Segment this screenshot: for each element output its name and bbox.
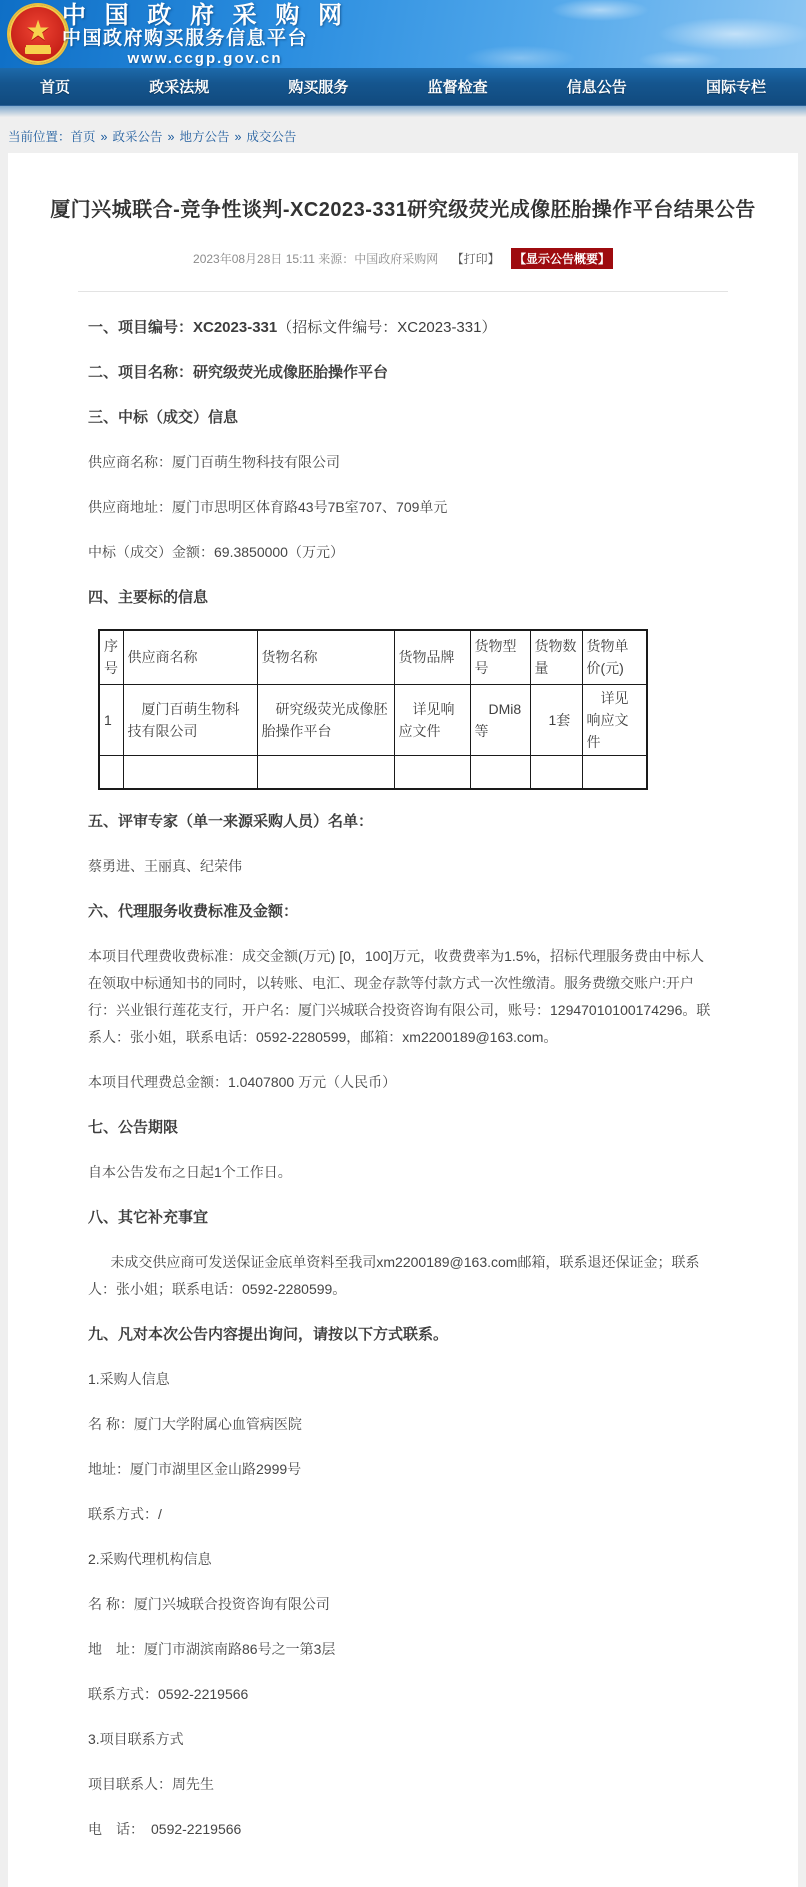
project-contact-heading: 3.项目联系方式 <box>88 1726 718 1753</box>
nav-item-purchase-services[interactable]: 购买服务 <box>288 76 348 97</box>
article-content: 一、项目编号：XC2023-331（招标文件编号：XC2023-331） 二、项… <box>8 292 798 1843</box>
section-award-info-heading: 三、中标（成交）信息 <box>88 404 718 431</box>
section-agency-fee-heading: 六、代理服务收费标准及金额： <box>88 898 718 925</box>
supplement-text: 未成交供应商可发送保证金底单资料至我司xm2200189@163.com邮箱，联… <box>88 1249 718 1303</box>
cell-quantity: 1套 <box>530 684 582 755</box>
breadcrumb-separator: » <box>101 130 108 144</box>
agency-contact: 联系方式：0592-2219566 <box>88 1681 718 1708</box>
table-row: 1 厦门百萌生物科技有限公司 研究级荧光成像胚胎操作平台 详见响应文件 DMi8… <box>99 684 647 755</box>
agency-name: 名 称：厦门兴城联合投资咨询有限公司 <box>88 1591 718 1618</box>
cell <box>123 755 257 789</box>
emblem-star-icon: ★ <box>25 17 50 45</box>
supplier-name: 供应商名称：厦门百萌生物科技有限公司 <box>88 449 718 476</box>
breadcrumb-separator: » <box>234 130 241 144</box>
cell-model: DMi8等 <box>470 684 530 755</box>
breadcrumb-link-gov-announcements[interactable]: 政采公告 <box>112 130 162 144</box>
breadcrumb-label: 当前位置： <box>8 130 71 144</box>
section-main-items-heading: 四、主要标的信息 <box>88 584 718 611</box>
breadcrumb-link-home[interactable]: 首页 <box>71 130 96 144</box>
col-supplier: 供应商名称 <box>123 630 257 684</box>
tender-doc-number: （招标文件编号：XC2023-331） <box>277 319 496 336</box>
article-card: 厦门兴城联合-竞争性谈判-XC2023-331研究级荧光成像胚胎操作平台结果公告… <box>8 153 798 1887</box>
table-header-row: 序号 供应商名称 货物名称 货物品牌 货物型号 货物数量 货物单价(元) <box>99 630 647 684</box>
agency-info-heading: 2.采购代理机构信息 <box>88 1546 718 1573</box>
col-brand: 货物品牌 <box>394 630 470 684</box>
breadcrumb-link-local-announcements[interactable]: 地方公告 <box>179 130 229 144</box>
site-banner: ★ 中 国 政 府 采 购 网 中国政府购买服务信息平台 www.ccgp.go… <box>0 0 806 68</box>
col-model: 货物型号 <box>470 630 530 684</box>
section-experts-heading: 五、评审专家（单一来源采购人员）名单： <box>88 808 718 835</box>
nav-item-home[interactable]: 首页 <box>40 76 70 97</box>
cell-goods-name: 研究级荧光成像胚胎操作平台 <box>257 684 394 755</box>
cell <box>99 755 123 789</box>
col-seq: 序号 <box>99 630 123 684</box>
buyer-name: 名 称：厦门大学附属心血管病医院 <box>88 1411 718 1438</box>
cell <box>582 755 647 789</box>
cell <box>257 755 394 789</box>
col-unit-price: 货物单价(元) <box>582 630 647 684</box>
breadcrumb-separator: » <box>168 130 175 144</box>
experts-names: 蔡勇进、王丽真、纪荣伟 <box>88 853 718 880</box>
section-notice-period-heading: 七、公告期限 <box>88 1114 718 1141</box>
cell-supplier: 厦门百萌生物科技有限公司 <box>123 684 257 755</box>
section-supplement-heading: 八、其它补充事宜 <box>88 1204 718 1231</box>
cell <box>470 755 530 789</box>
section-contact-heading: 九、凡对本次公告内容提出询问，请按以下方式联系。 <box>88 1321 718 1348</box>
site-subtitle: 中国政府购买服务信息平台 <box>62 28 348 50</box>
nav-item-announcements[interactable]: 信息公告 <box>567 76 627 97</box>
project-number-bold: 一、项目编号：XC2023-331 <box>88 319 277 336</box>
goods-table: 序号 供应商名称 货物名称 货物品牌 货物型号 货物数量 货物单价(元) 1 厦… <box>98 629 648 790</box>
show-summary-badge[interactable]: 【显示公告概要】 <box>511 248 613 269</box>
supplier-address: 供应商地址：厦门市思明区体育路43号7B室707、709单元 <box>88 494 718 521</box>
breadcrumb: 当前位置：首页»政采公告»地方公告»成交公告 <box>0 121 806 153</box>
section-project-number: 一、项目编号：XC2023-331（招标文件编号：XC2023-331） <box>88 314 718 341</box>
nav-item-supervision[interactable]: 监督检查 <box>428 76 488 97</box>
site-url: www.ccgp.gov.cn <box>62 50 348 67</box>
nav-item-international[interactable]: 国际专栏 <box>706 76 766 97</box>
award-amount: 中标（成交）金额：69.3850000（万元） <box>88 539 718 566</box>
buyer-info-heading: 1.采购人信息 <box>88 1366 718 1393</box>
article-meta: 2023年08月28日 15:11 来源：中国政府采购网 【打印】 【显示公告概… <box>8 248 798 269</box>
col-goods-name: 货物名称 <box>257 630 394 684</box>
site-title: 中 国 政 府 采 购 网 <box>62 3 348 28</box>
publish-datetime: 2023年08月28日 15:11 <box>193 252 315 266</box>
print-button[interactable]: 【打印】 <box>452 252 500 266</box>
notice-period: 自本公告发布之日起1个工作日。 <box>88 1159 718 1186</box>
cell <box>530 755 582 789</box>
col-quantity: 货物数量 <box>530 630 582 684</box>
section-project-name: 二、项目名称：研究级荧光成像胚胎操作平台 <box>88 359 718 386</box>
nav-item-regulations[interactable]: 政采法规 <box>149 76 209 97</box>
breadcrumb-link-award-announcements[interactable]: 成交公告 <box>246 130 296 144</box>
table-row-empty <box>99 755 647 789</box>
main-nav: 首页 政采法规 购买服务 监督检查 信息公告 国际专栏 <box>0 68 806 105</box>
page-title: 厦门兴城联合-竞争性谈判-XC2023-331研究级荧光成像胚胎操作平台结果公告 <box>8 193 798 222</box>
project-contact-person: 项目联系人：周先生 <box>88 1771 718 1798</box>
article-source: 来源：中国政府采购网 <box>318 252 438 266</box>
project-contact-phone: 电 话： 0592-2219566 <box>88 1816 718 1843</box>
buyer-address: 地址：厦门市湖里区金山路2999号 <box>88 1456 718 1483</box>
agency-address: 地 址：厦门市湖滨南路86号之一第3层 <box>88 1636 718 1663</box>
national-emblem-icon: ★ <box>9 5 67 63</box>
nav-bottom-fade <box>0 105 806 121</box>
cell-brand: 详见响应文件 <box>394 684 470 755</box>
agency-fee-description: 本项目代理费收费标准：成交金额(万元) [0，100]万元，收费费率为1.5%，… <box>88 943 718 1051</box>
emblem-gate-icon <box>25 47 51 54</box>
buyer-contact: 联系方式：/ <box>88 1501 718 1528</box>
site-logo-text: 中 国 政 府 采 购 网 中国政府购买服务信息平台 www.ccgp.gov.… <box>62 3 348 67</box>
cell-unit-price: 详见响应文件 <box>582 684 647 755</box>
cell <box>394 755 470 789</box>
cell-seq: 1 <box>99 684 123 755</box>
agency-fee-total: 本项目代理费总金额：1.0407800 万元（人民币） <box>88 1069 718 1096</box>
